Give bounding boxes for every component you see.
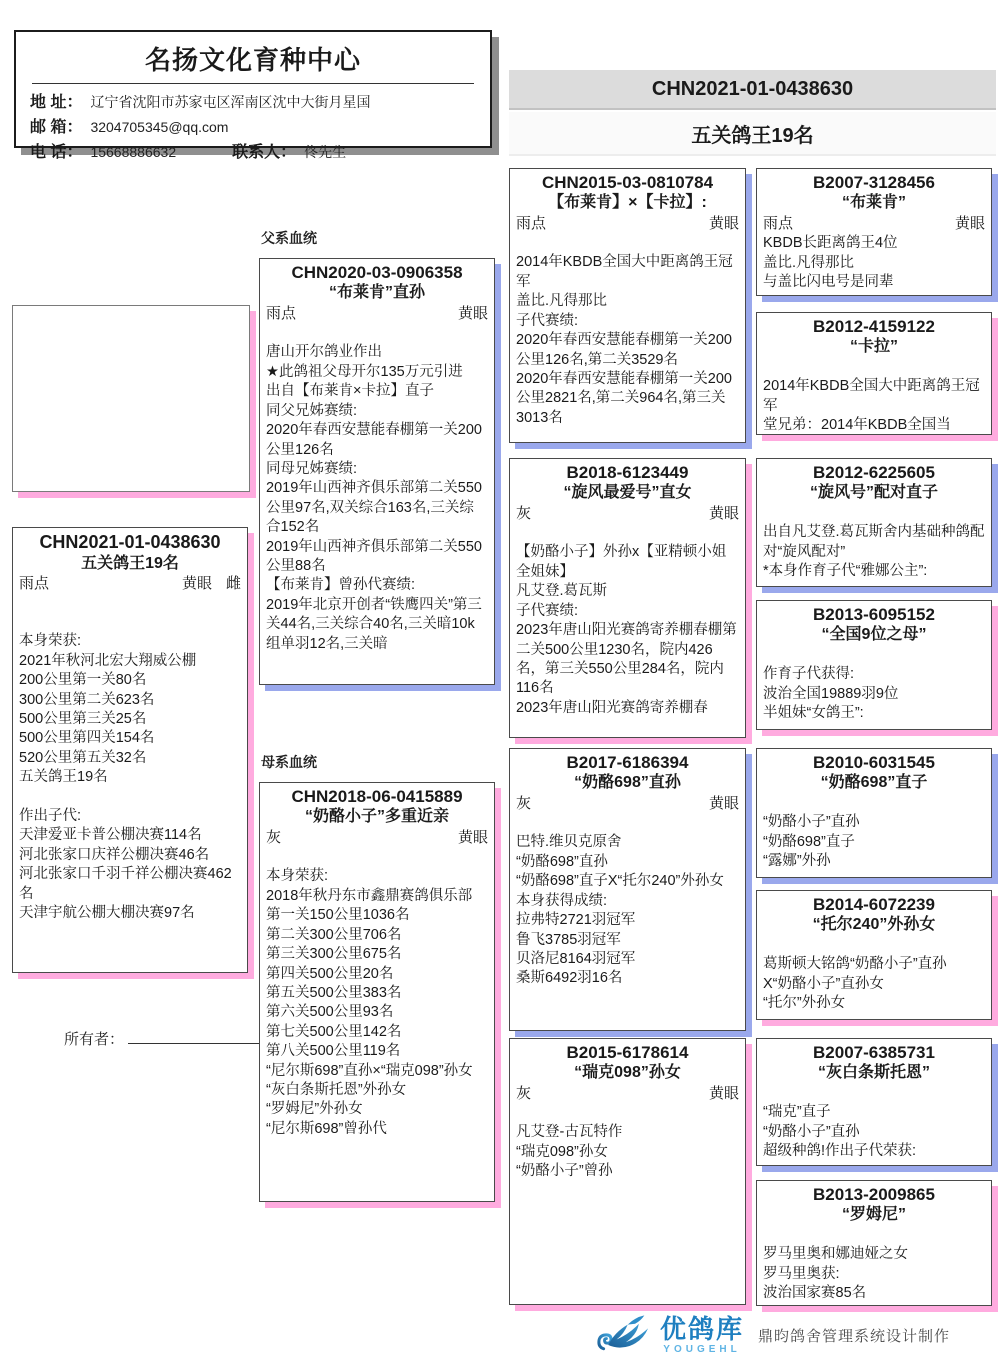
ggp2-box: B2012-4159122 “卡拉” 2014年KBDB全国大中距离鸽王冠军 堂… — [756, 312, 992, 435]
dam-color: 灰 — [266, 828, 281, 848]
gp3-ring: B2017-6186394 — [516, 752, 739, 773]
ggp4-ring: B2013-6095152 — [763, 604, 985, 625]
ggp4-name: “全国9位之母” — [763, 625, 985, 646]
gp2-eye: 黄眼 — [709, 504, 739, 524]
brand-tagline: 鼎昀鸽舍管理系统设计制作 — [758, 1325, 950, 1346]
gp3-name: “奶酪698”直孙 — [516, 773, 739, 794]
bird-title-banner: 五关鸽王19名 — [509, 112, 996, 156]
ggp6-achievements: 葛斯顿大铭鸽“奶酪小子”直孙 X“奶酪小子”直孙女 “托尔”外孙女 — [763, 955, 985, 1013]
gp1-color: 雨点 — [516, 214, 546, 234]
grandsire-paternal-box: CHN2015-03-0810784 【布莱肯】×【卡拉】: 雨点 黄眼 201… — [509, 168, 746, 443]
dam-ring: CHN2018-06-0415889 — [266, 786, 488, 807]
footer-brand: 优鸽库 YOUGEHL 鼎昀鸽舍管理系统设计制作 — [596, 1308, 996, 1362]
brand-name: 优鸽库 — [660, 1316, 744, 1342]
sire-eye: 黄眼 — [458, 304, 488, 324]
ggp6-ring: B2014-6072239 — [763, 894, 985, 915]
ggp8-box: B2013-2009865 “罗姆尼” 罗马里奥和娜迪娅之女 罗马里奥获: 波治… — [756, 1180, 992, 1306]
ggp6-name: “托尔240”外孙女 — [763, 915, 985, 936]
gp1-eye: 黄眼 — [709, 214, 739, 234]
subject-name: 五关鸽王19名 — [19, 554, 241, 575]
address-label: 地 址： — [30, 91, 82, 116]
gp1-name: 【布莱肯】×【卡拉】: — [516, 193, 739, 214]
ggp4-achievements: 作育子代获得: 波治全国19889羽9位 半姐妹“女鸽王”: — [763, 665, 985, 723]
ggp7-name: “灰白条斯托恩” — [763, 1063, 985, 1084]
sire-box: CHN2020-03-0906358 “布莱肯”直孙 雨点 黄眼 唐山开尔鸽业作… — [259, 258, 495, 685]
owner-label: 所有者： — [64, 1031, 124, 1048]
subject-sex: 雌 — [226, 575, 241, 592]
phone-label: 电 话： — [30, 141, 82, 166]
gp1-achievements: 2014年KBDB全国大中距离鸽王冠军 盖比.凡得那比 子代赛绩: 2020年春… — [516, 253, 739, 428]
ggp6-box: B2014-6072239 “托尔240”外孙女 葛斯顿大铭鸽“奶酪小子”直孙 … — [756, 890, 992, 1020]
divider — [32, 83, 474, 84]
ggp5-box: B2010-6031545 “奶酪698”直子 “奶酪小子”直孙 “奶酪698”… — [756, 748, 992, 878]
dam-achievements: 本身荣获: 2018年秋丹东市鑫鼎赛鸽俱乐部 第一关150公里1036名 第二关… — [266, 867, 488, 1139]
ggp5-name: “奶酪698”直子 — [763, 773, 985, 794]
phone-value: 15668886632 — [90, 142, 176, 164]
pigeon-photo-placeholder — [12, 305, 250, 492]
contact-label: 联系人： — [232, 141, 296, 166]
ggp2-name: “卡拉” — [763, 337, 985, 358]
subject-color: 雨点 — [19, 574, 49, 594]
owner-blank-line — [128, 1029, 266, 1044]
address-value: 辽宁省沈阳市苏家屯区浑南区沈中大街月星国 — [90, 92, 370, 114]
ggp5-achievements: “奶酪小子”直孙 “奶酪698”直子 “露娜”外孙 — [763, 813, 985, 871]
sire-achievements: 唐山开尔鸽业作出 ★此鸽祖父母开尔135万元引进 出自【布莱肯×卡拉】直子 同父… — [266, 343, 488, 654]
ggp1-name: “布莱肯” — [763, 193, 985, 214]
ggp3-name: “旋风号”配对直子 — [763, 483, 985, 504]
ggp1-ring: B2007-3128456 — [763, 172, 985, 193]
ggp4-box: B2013-6095152 “全国9位之母” 作育子代获得: 波治全国19889… — [756, 600, 992, 730]
gp4-eye: 黄眼 — [709, 1084, 739, 1104]
ggp3-ring: B2012-6225605 — [763, 462, 985, 483]
ggp3-achievements: 出自凡艾登.葛瓦斯舍内基础种鸽配对“旋风配对” *本身作育子代“雅娜公主”: — [763, 523, 985, 581]
sire-name: “布莱肯”直孙 — [266, 283, 488, 304]
email-value: 3204705345@qq.com — [90, 117, 228, 139]
brand-subtitle: YOUGEHL — [663, 1345, 740, 1355]
contact-value: 佟先生 — [304, 142, 346, 164]
gp4-achievements: 凡艾登-古瓦特作 “瑞克098”孙女 “奶酪小子”曾孙 — [516, 1123, 739, 1181]
ggp1-box: B2007-3128456 “布莱肯” 雨点 黄眼 KBDB长距离鸽王4位 盖比… — [756, 168, 992, 296]
ggp1-eye: 黄眼 — [955, 214, 985, 234]
ggp7-box: B2007-6385731 “灰白条斯托恩” “瑞克”直子 “奶酪小子”直孙 超… — [756, 1038, 992, 1166]
ggp7-ring: B2007-6385731 — [763, 1042, 985, 1063]
ggp1-achievements: KBDB长距离鸽王4位 盖比.凡得那比 与盖比闪电号是同辈 — [763, 234, 985, 292]
gp4-name: “瑞克098”孙女 — [516, 1063, 739, 1084]
dam-name: “奶酪小子”多重近亲 — [266, 807, 488, 828]
subject-box: CHN2021-01-0438630 五关鸽王19名 雨点 黄眼雌 本身荣获: … — [12, 527, 248, 973]
subject-ring: CHN2021-01-0438630 — [19, 531, 241, 554]
gp3-eye: 黄眼 — [709, 794, 739, 814]
gp1-ring: CHN2015-03-0810784 — [516, 172, 739, 193]
gp4-ring: B2015-6178614 — [516, 1042, 739, 1063]
gp2-color: 灰 — [516, 504, 531, 524]
gp3-achievements: 巴特.维贝克原舍 “奶酪698”直孙 “奶酪698”直子X“托尔240”外孙女 … — [516, 833, 739, 988]
ggp8-achievements: 罗马里奥和娜迪娅之女 罗马里奥获: 波治国家赛85名 — [763, 1245, 985, 1303]
ggp3-box: B2012-6225605 “旋风号”配对直子 出自凡艾登.葛瓦斯舍内基础种鸽配… — [756, 458, 992, 587]
granddam-maternal-box: B2015-6178614 “瑞克098”孙女 灰 黄眼 凡艾登-古瓦特作 “瑞… — [509, 1038, 746, 1305]
email-label: 邮 箱： — [30, 116, 82, 141]
gp2-ring: B2018-6123449 — [516, 462, 739, 483]
ggp5-ring: B2010-6031545 — [763, 752, 985, 773]
dam-eye: 黄眼 — [458, 828, 488, 848]
ggp2-ring: B2012-4159122 — [763, 316, 985, 337]
sire-lineage-label: 父系血统 — [261, 228, 317, 248]
grandsire-maternal-box: B2017-6186394 “奶酪698”直孙 灰 黄眼 巴特.维贝克原舍 “奶… — [509, 748, 746, 1031]
gp3-color: 灰 — [516, 794, 531, 814]
sire-ring: CHN2020-03-0906358 — [266, 262, 488, 283]
ggp1-color: 雨点 — [763, 214, 793, 234]
pedigree-page: 名扬文化育种中心 地 址： 辽宁省沈阳市苏家屯区浑南区沈中大街月星国 邮 箱： … — [0, 0, 1006, 1366]
owner-row: 所有者： — [64, 1028, 266, 1049]
dam-lineage-label: 母系血统 — [261, 752, 317, 772]
breeder-title: 名扬文化育种中心 — [30, 38, 476, 83]
gp4-color: 灰 — [516, 1084, 531, 1104]
subject-eye: 黄眼 — [182, 575, 212, 592]
bird-logo-icon — [596, 1308, 652, 1363]
ggp2-achievements: 2014年KBDB全国大中距离鸽王冠军 堂兄弟：2014年KBDB全国当 — [763, 377, 985, 435]
sire-color: 雨点 — [266, 304, 296, 324]
ggp8-name: “罗姆尼” — [763, 1205, 985, 1226]
gp2-name: “旋风最爱号”直女 — [516, 483, 739, 504]
granddam-paternal-box: B2018-6123449 “旋风最爱号”直女 灰 黄眼 【奶酪小子】外孙x【亚… — [509, 458, 746, 738]
ring-number-banner: CHN2021-01-0438630 — [509, 70, 996, 110]
ggp7-achievements: “瑞克”直子 “奶酪小子”直孙 超级种鸽!作出子代荣获: — [763, 1103, 985, 1161]
gp2-achievements: 【奶酪小子】外孙x【亚精顿小姐全姐妹】 凡艾登.葛瓦斯 子代赛绩: 2023年唐… — [516, 543, 739, 718]
subject-achievements: 本身荣获: 2021年秋河北宏大翔威公棚 200公里第一关80名 300公里第二… — [19, 632, 241, 923]
dam-box: CHN2018-06-0415889 “奶酪小子”多重近亲 灰 黄眼 本身荣获:… — [259, 782, 495, 1202]
ggp8-ring: B2013-2009865 — [763, 1184, 985, 1205]
breeder-card: 名扬文化育种中心 地 址： 辽宁省沈阳市苏家屯区浑南区沈中大街月星国 邮 箱： … — [14, 30, 492, 148]
